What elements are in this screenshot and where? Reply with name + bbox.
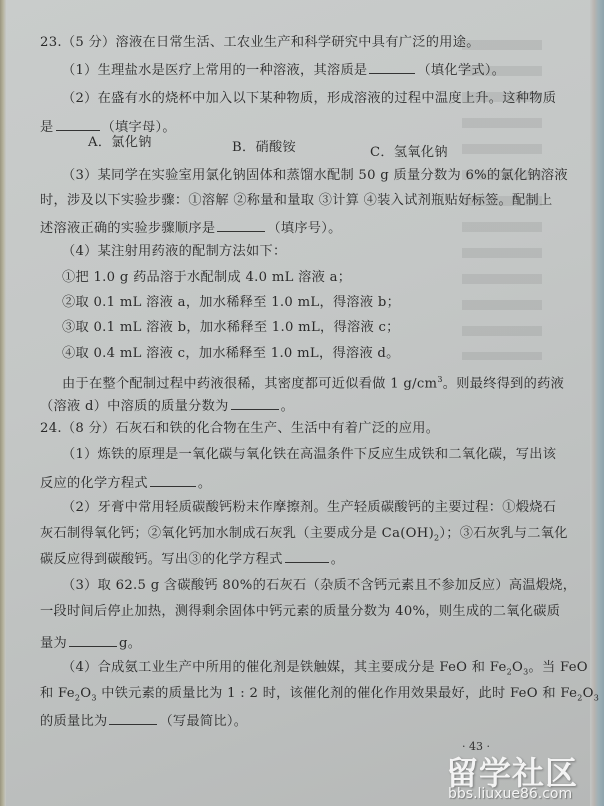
- q23-part4-step-1: ①把 1.0 g 药品溶于水配制成 4.0 mL 溶液 a；: [62, 270, 351, 286]
- q23-part1-text: （1）生理盐水是医疗上常用的一种溶液，其溶质是: [62, 63, 367, 78]
- q24-part4-question: 的质量比为: [40, 714, 107, 729]
- q23-part4-text: （溶液 d）中溶质的质量分数为: [40, 399, 229, 414]
- q23-part3-answer-blank[interactable]: [217, 219, 265, 232]
- q24-part4-text-b: O: [512, 660, 523, 675]
- q24-part4-answer-blank[interactable]: [109, 712, 157, 725]
- q23-part2-answer-blank[interactable]: [56, 118, 100, 131]
- q24-part3-text: 量为: [40, 636, 67, 651]
- q23-part1: （1）生理盐水是医疗上常用的一种溶液，其溶质是（填化学式）。: [62, 61, 505, 79]
- q23-part1-hint: （填化学式）。: [417, 63, 505, 78]
- q24-part4-text-c: 。当 FeO: [529, 660, 588, 675]
- q24-part2-line2: 灰石制得氧化钙；②氧化钙加水制成石灰乳（主要成分是 Ca(OH)2）；③石灰乳与…: [40, 526, 568, 547]
- q24-part4-text-d: 和 Fe: [40, 686, 75, 701]
- q23-part3-line1: （3）某同学在实验室用氯化钠固体和蒸馏水配制 50 g 质量分数为 6%的氯化钠…: [62, 168, 568, 184]
- q23-part4-step-3: ③取 0.1 mL 溶液 b，加水稀释至 1.0 mL，得溶液 c；: [62, 320, 400, 336]
- watermark: 留学社区 bbs.liuxue86.com: [446, 748, 602, 804]
- q23-part2-line1: （2）在盛有水的烧杯中加入以下某种物质，形成溶液的过程中温度上升。这种物质: [62, 91, 556, 107]
- q24-part3-answer-blank[interactable]: [69, 634, 117, 647]
- q23-part4-intro: （4）某注射用药液的配制方法如下：: [62, 244, 287, 260]
- q24-part4-line1: （4）合成氨工业生产中所用的催化剂是铁触媒，其主要成分是 FeO 和 Fe2O3…: [62, 660, 588, 681]
- q23-option-b: B．硝酸铵: [232, 140, 296, 156]
- q23-part4-end: 。: [281, 399, 295, 414]
- q24-part4-text-a: （4）合成氨工业生产中所用的催化剂是铁触媒，其主要成分是 FeO 和 Fe: [62, 660, 507, 675]
- q23-part2-hint: （填字母）。: [102, 120, 176, 135]
- q23-part4-answer-blank[interactable]: [231, 397, 279, 410]
- q24-part4-hint: （写最简比）。: [159, 714, 247, 729]
- exam-page: 23.（5 分）溶液在日常生活、工农业生产和科学研究中具有广泛的用途。 （1）生…: [0, 0, 604, 806]
- q24-part1-line2: 反应的化学方程式。: [40, 474, 211, 492]
- q24-part3-line2: 一段时间后停止加热，测得剩余固体中钙元素的质量分数为 40%，则生成的二氧化碳质: [40, 604, 560, 620]
- q24-part1-line1: （1）炼铁的原理是一氧化碳与氧化铁在高温条件下反应生成铁和二氧化碳，写出该: [62, 447, 556, 463]
- q23-part2-line2: 是（填字母）。: [40, 118, 176, 136]
- q24-part1-answer-blank[interactable]: [150, 474, 196, 487]
- q24-part1-end: 。: [198, 476, 212, 491]
- q24-part4-text-e: O: [80, 686, 91, 701]
- q24-part2-line3: 碳反应得到碳酸钙。写出③的化学方程式。: [40, 550, 344, 568]
- q23-part2-text: 是: [40, 120, 54, 135]
- q23-header: 23.（5 分）溶液在日常生活、工农业生产和科学研究中具有广泛的用途。: [40, 35, 480, 51]
- q23-part4-question: （溶液 d）中溶质的质量分数为。: [40, 397, 294, 415]
- subscript: 3: [594, 694, 599, 703]
- q23-note-text-end: 。则最终得到的药液: [443, 376, 564, 391]
- q24-part2-question: 碳反应得到碳酸钙。写出③的化学方程式: [40, 552, 283, 567]
- q24-part4-line3: 的质量比为（写最简比）。: [40, 712, 247, 730]
- watermark-url: bbs.liuxue86.com: [448, 786, 572, 802]
- q23-part4-note: 由于在整个配制过程中药液很稀，其密度都可近似看做 1 g/cm3。则最终得到的药…: [62, 372, 564, 392]
- q24-part3-unit: g。: [119, 636, 141, 651]
- q24-part2-end: 。: [331, 552, 345, 567]
- q24-part4-text-f: 中铁元素的质量比为 1 : 2 时，该催化剂的催化作用效果最好，此时 FeO 和…: [97, 686, 577, 701]
- q24-part2-text-end: ）；③石灰乳与二氧化: [439, 526, 567, 541]
- q24-part3-line1: （3）取 62.5 g 含碳酸钙 80%的石灰石（杂质不含钙元素且不参加反应）高…: [62, 578, 576, 594]
- q23-part3-line2: 时，涉及以下实验步骤：①溶解 ②称量和量取 ③计算 ④装入试剂瓶贴好标签。配制上: [40, 193, 553, 209]
- q23-part4-step-4: ④取 0.4 mL 溶液 c，加水稀释至 1.0 mL，得溶液 d。: [62, 346, 400, 362]
- q23-part3-hint: （填序号）。: [267, 221, 341, 236]
- q24-header: 24.（8 分）石灰石和铁的化合物在生产、生活中有着广泛的应用。: [40, 421, 439, 437]
- q23-part3-text: 述溶液正确的实验步骤顺序是: [40, 221, 215, 236]
- q24-part2-line1: （2）牙膏中常用轻质碳酸钙粉末作摩擦剂。生产轻质碳酸钙的主要过程：①煅烧石: [62, 500, 556, 516]
- q23-part1-answer-blank[interactable]: [369, 61, 415, 74]
- q24-part2-answer-blank[interactable]: [285, 550, 329, 563]
- q23-part3-line3: 述溶液正确的实验步骤顺序是（填序号）。: [40, 219, 342, 237]
- q24-part4-line2: 和 Fe2O3 中铁元素的质量比为 1 : 2 时，该催化剂的催化作用效果最好，…: [40, 686, 599, 707]
- q23-part4-step-2: ②取 0.1 mL 溶液 a，加水稀释至 1.0 mL，得溶液 b；: [62, 295, 400, 311]
- q23-option-a: A．氯化钠: [88, 135, 152, 151]
- q24-part3-line3: 量为g。: [40, 634, 141, 652]
- q23-option-c: C．氢氧化钠: [370, 145, 448, 161]
- q24-part1-text: 反应的化学方程式: [40, 476, 148, 491]
- q24-part4-text-g: O: [583, 686, 594, 701]
- q24-part2-text: 灰石制得氧化钙；②氧化钙加水制成石灰乳（主要成分是 Ca(OH): [40, 526, 434, 541]
- q23-note-text: 由于在整个配制过程中药液很稀，其密度都可近似看做 1 g/cm: [62, 376, 437, 391]
